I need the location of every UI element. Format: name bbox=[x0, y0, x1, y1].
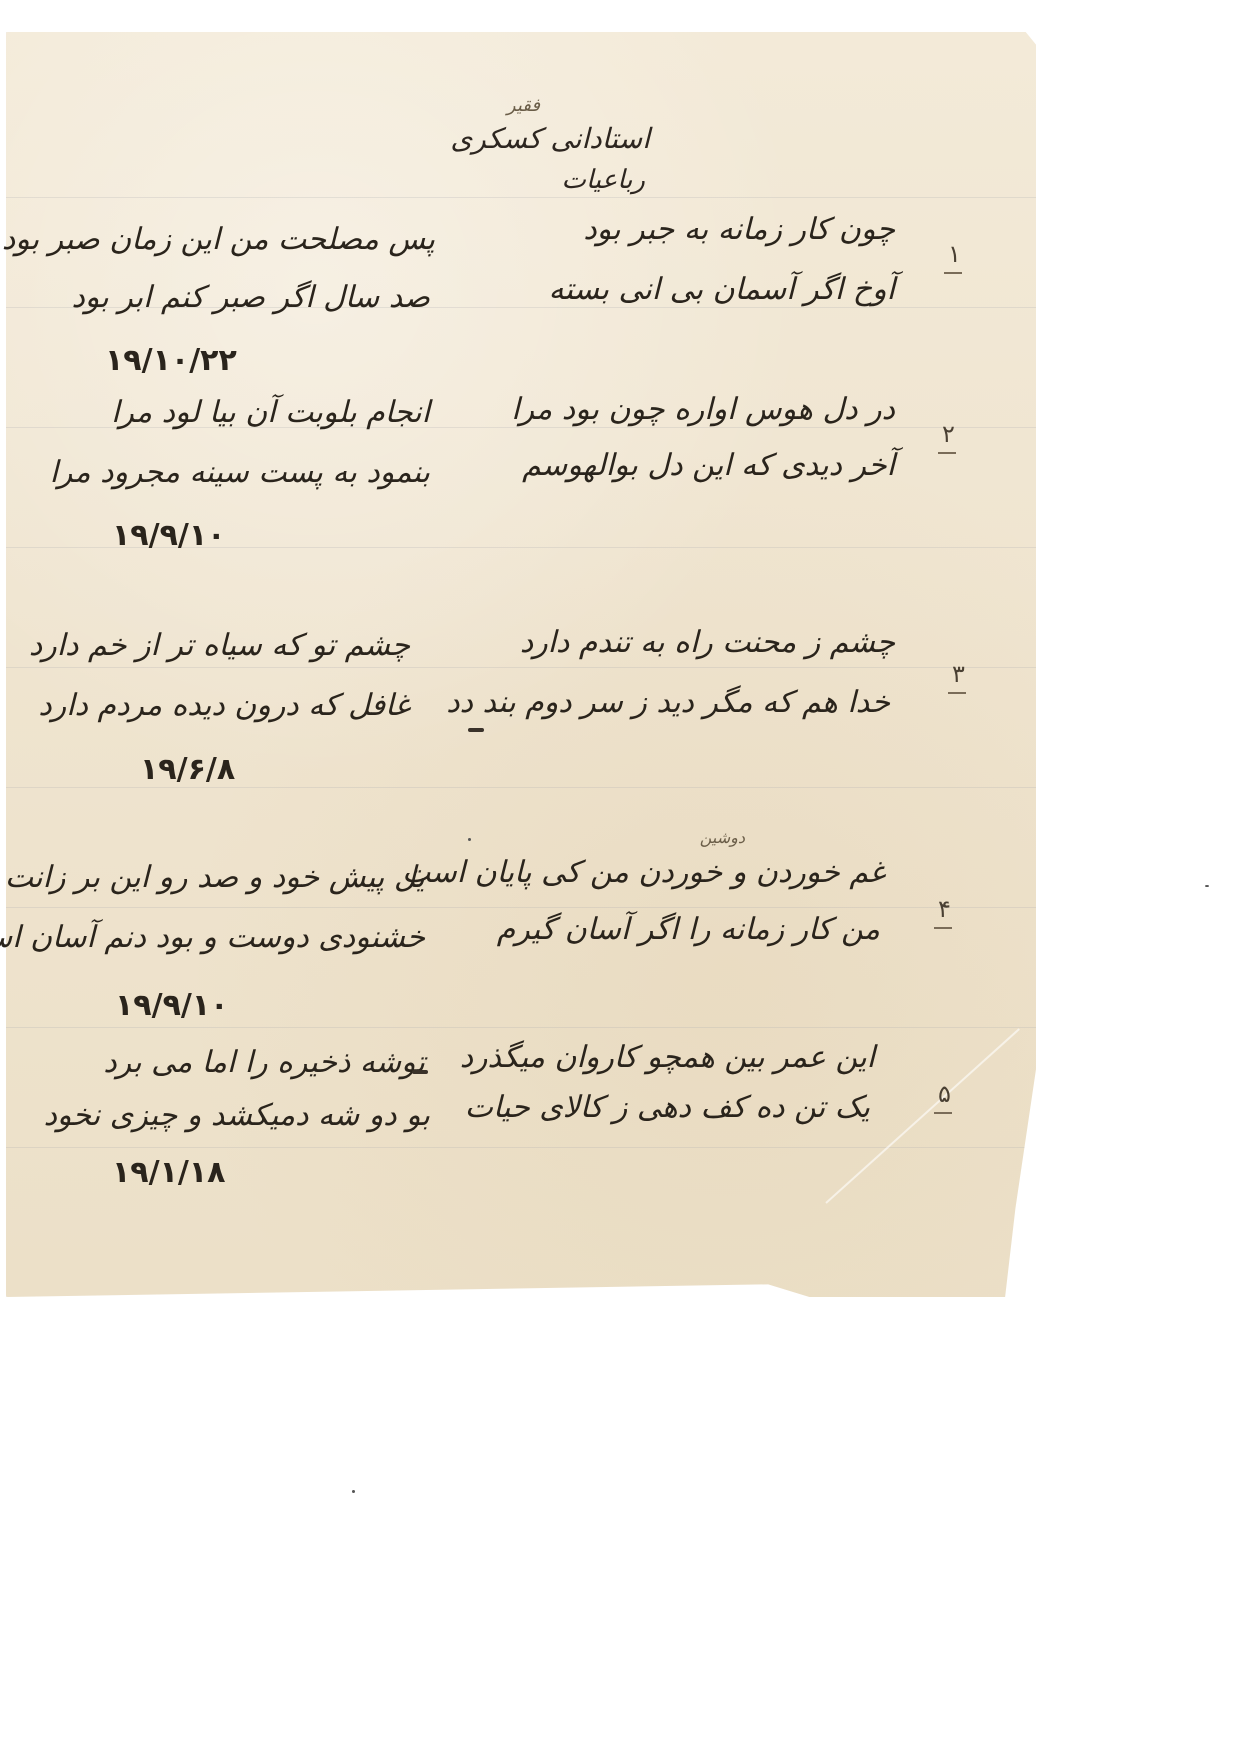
verse-line: در دل هوس اواره چون بود مرا bbox=[511, 392, 895, 427]
date: ۱۹/۱/۱۸ bbox=[112, 1155, 225, 1190]
verse-line: چون کار زمانه به جبر بود bbox=[583, 212, 895, 247]
verse-line: یک تن ده کف دهی ز کالای حیات bbox=[465, 1090, 870, 1125]
verse-line: یل پیش خود و صد رو این بر زانت bbox=[5, 860, 425, 895]
section-number: ۱ bbox=[948, 240, 961, 268]
section-number: ۲ bbox=[942, 420, 955, 448]
ink-mark bbox=[412, 1070, 428, 1074]
ink-dot bbox=[468, 838, 471, 841]
verse-line: صد سال اگر صبر کنم ابر بود bbox=[71, 280, 430, 315]
verse-line: خدا هم که مگر دید ز سر دوم بند دد bbox=[446, 685, 890, 720]
section-number: ۳ bbox=[952, 660, 965, 688]
ruled-line bbox=[6, 787, 1036, 788]
document-subtitle: رباعیات bbox=[562, 165, 645, 195]
verse-line: پس مصلحت من این زمان صبر بود bbox=[2, 222, 435, 257]
verse-line: بنمود به پست سینه مجرود مرا bbox=[50, 455, 430, 490]
verse-line: چشم ز محنت راه به تندم دارد bbox=[520, 625, 895, 660]
date: ۱۹/۹/۱۰ bbox=[112, 518, 225, 553]
ruled-line bbox=[6, 907, 1036, 908]
verse-line: انجام بلوبت آن بیا لود مرا bbox=[111, 395, 430, 430]
verse-line: بو دو شه دمیکشد و چیزی نخود bbox=[44, 1098, 430, 1133]
document-title: استادانی کسکری bbox=[450, 122, 650, 155]
verse-line: چشم تو که سیاه تر از خم دارد bbox=[29, 628, 410, 663]
ink-mark bbox=[468, 728, 484, 732]
verse-line: من کار زمانه را اگر آسان گیرم bbox=[497, 912, 880, 947]
title-note: فقیر bbox=[507, 95, 540, 116]
section-number: ۵ bbox=[938, 1080, 951, 1108]
date: ۱۹/۱۰/۲۲ bbox=[105, 343, 237, 378]
section-number: ۴ bbox=[938, 895, 951, 923]
ruled-line bbox=[6, 667, 1036, 668]
scan-speck bbox=[1205, 885, 1209, 887]
ruled-line bbox=[6, 1027, 1036, 1028]
date: ۱۹/۶/۸ bbox=[140, 752, 235, 787]
verse-line: این عمر بین همچو کاروان میگذرد bbox=[460, 1040, 875, 1075]
verse-line: خشنودی دوست و بود دنم آسان است bbox=[0, 920, 425, 955]
verse-line: توشه ذخیره را اما می برد bbox=[103, 1045, 425, 1080]
verse-line: آخر دیدی که این دل بوالهوسم bbox=[522, 448, 895, 483]
date: ۱۹/۹/۱۰ bbox=[115, 988, 228, 1023]
verse-line: غافل که درون دیده مردم دارد bbox=[38, 688, 410, 723]
scan-speck bbox=[352, 1490, 355, 1493]
verse-line: آوخ اگر آسمان بی انی بسته bbox=[549, 272, 895, 307]
ruled-line bbox=[6, 1147, 1036, 1148]
ruled-line bbox=[6, 197, 1036, 198]
verse-note: دوشین bbox=[700, 828, 745, 847]
verse-line: غم خوردن و خوردن من کی پایان است bbox=[402, 855, 885, 890]
